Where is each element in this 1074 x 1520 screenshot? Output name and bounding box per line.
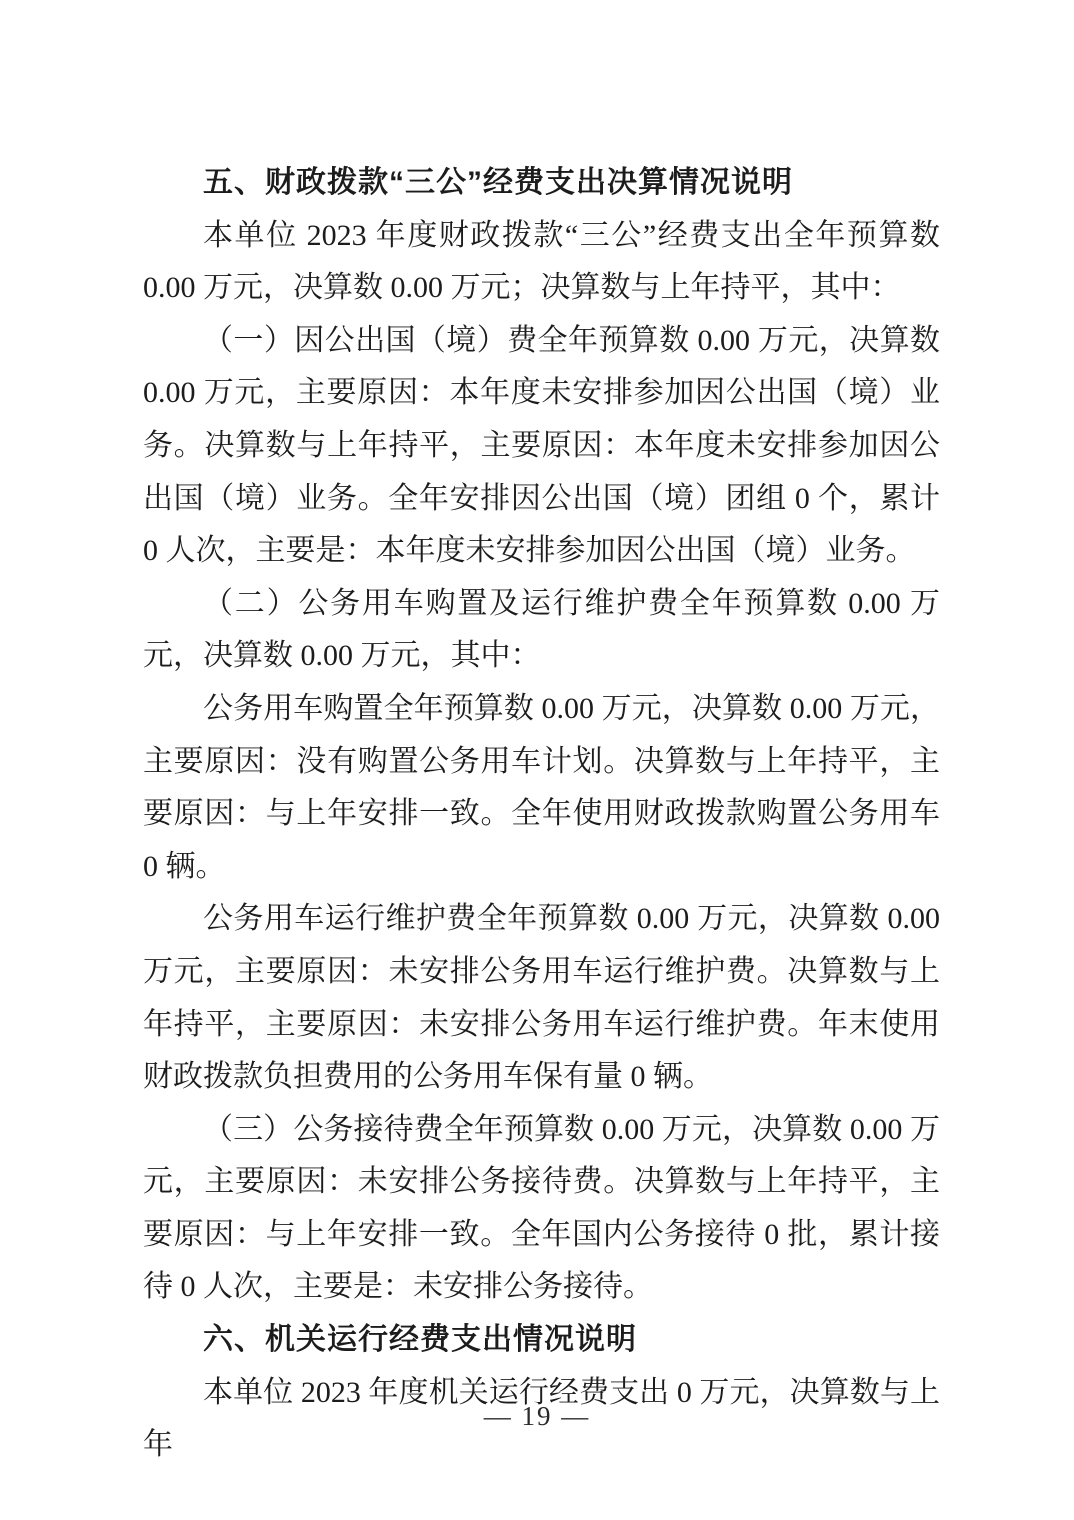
paragraph-overseas-travel: （一）因公出国（境）费全年预算数 0.00 万元，决算数 0.00 万元，主要原… <box>143 315 940 578</box>
section-heading-six: 六、机关运行经费支出情况说明 <box>143 1314 940 1367</box>
paragraph-three-public-summary: 本单位 2023 年度财政拨款“三公”经费支出全年预算数 0.00 万元，决算数… <box>143 210 940 315</box>
section-heading-five: 五、财政拨款“三公”经费支出决算情况说明 <box>143 157 940 210</box>
paragraph-vehicle-purchase: 公务用车购置全年预算数 0.00 万元，决算数 0.00 万元，主要原因：没有购… <box>143 683 940 893</box>
paragraph-vehicle-maintenance: 公务用车运行维护费全年预算数 0.00 万元，决算数 0.00 万元，主要原因：… <box>143 893 940 1103</box>
paragraph-official-reception: （三）公务接待费全年预算数 0.00 万元，决算数 0.00 万元，主要原因：未… <box>143 1104 940 1314</box>
paragraph-official-vehicles-summary: （二）公务用车购置及运行维护费全年预算数 0.00 万元，决算数 0.00 万元… <box>143 578 940 683</box>
page-number: — 19 — <box>484 1401 591 1431</box>
document-body: 五、财政拨款“三公”经费支出决算情况说明 本单位 2023 年度财政拨款“三公”… <box>143 157 940 1472</box>
page-footer: — 19 — <box>0 1396 1074 1436</box>
